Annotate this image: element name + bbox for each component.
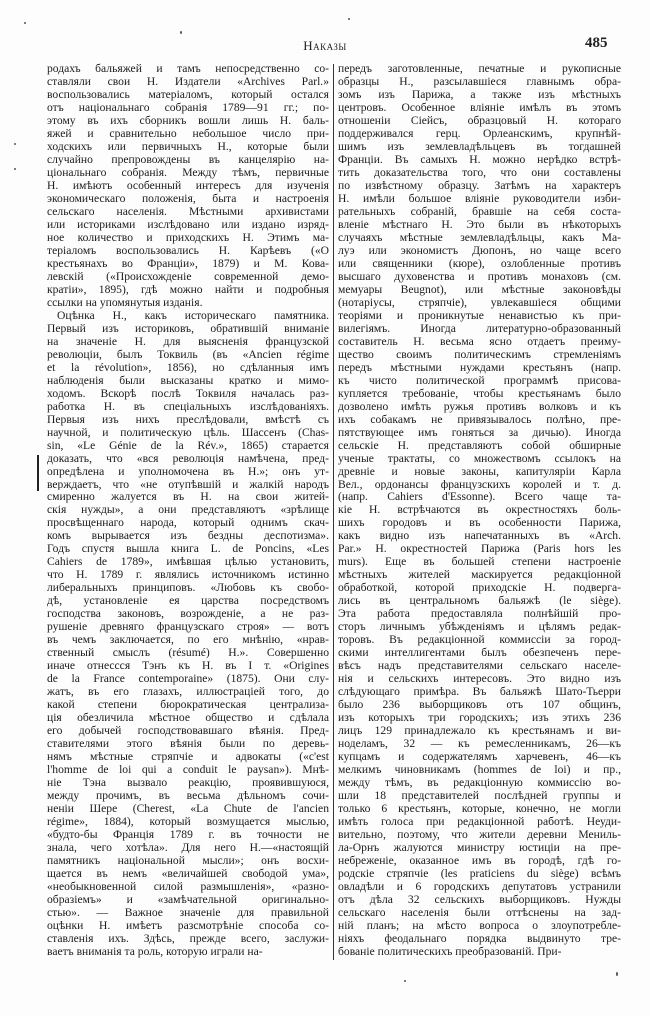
text-line: памятникъ національной мысли»; онъ восхи… (47, 854, 329, 867)
text-line: опредѣлена и уполномочена въ Н.»; онъ ут… (47, 465, 329, 478)
text-line: или священники (кюре), озлобленные проти… (338, 257, 621, 270)
paper-speck (404, 980, 406, 982)
text-line: революціи, былъ Токвиль (въ «Ancien régi… (47, 348, 329, 361)
text-line: щество своимъ политическимъ стремленіямъ (338, 348, 621, 361)
text-line: лись въ центральномъ бальяжѣ (le siège). (338, 594, 621, 607)
text-line: сельскаго населенія были оттѣснены на за… (338, 906, 621, 919)
text-line: образцы Н., разсылавшіеся главнымъ обра- (338, 75, 621, 88)
text-line: купляется требованіе, чтобы крестьянамъ … (338, 387, 621, 400)
text-line: теріаломъ воспользовались Н. Карѣевъ («О (47, 244, 329, 257)
text-line: луэ или экономистъ Дюпонъ, но чаще всего (338, 244, 621, 257)
text-line: передъ мѣстными нуждами крестьянъ (напр. (338, 361, 621, 374)
text-line: просвѣщеннаго народа, который однимъ ска… (47, 516, 329, 529)
text-line: или историками изслѣдовано или издано из… (47, 218, 329, 231)
text-line: ставителями этого вѣянія были по деревь- (47, 737, 329, 750)
text-line: образіемъ» и «замѣчательной оригинально- (47, 893, 329, 906)
text-line: кіе Н. встрѣчаются въ окрестностяхъ боль… (338, 503, 621, 516)
text-line: нія и сельскихъ интересовъ. Это видно из… (338, 672, 621, 685)
text-line: къ чисто политической программѣ присова- (338, 374, 621, 387)
text-line: сельскаго населенія. Мѣстными архивистам… (47, 205, 329, 218)
text-line: обработкой, которой приходскіе Н. подвер… (338, 581, 621, 594)
text-line: скія нужды», а они представляютъ «зрѣлищ… (47, 503, 329, 516)
text-line: ноделамъ, 32 — къ ремесленникамъ, 26—къ (338, 737, 621, 750)
text-line: оцѣнки Н. имѣетъ разсмотрѣніе способа со… (47, 919, 329, 932)
text-line: яжей и сравнительно небольшое число при- (47, 127, 329, 140)
text-line: ставляли свои Н. Издатели «Archives Parl… (47, 75, 329, 88)
text-line: зомъ изъ Парижа, а также изъ мѣстныхъ (338, 88, 621, 101)
right-text-column: передъ заготовленные, печатные и рукопис… (338, 62, 621, 958)
text-line: между прочимъ, въ весьма дѣльномъ сочи- (47, 789, 329, 802)
text-line: ственный смыслъ (résumé) Н.». Совершенно (47, 646, 329, 659)
text-line: на значеніе Н. для выясненія французской (47, 335, 329, 348)
text-line: древніе и новые законы, капитуляріи Карл… (338, 465, 621, 478)
text-line: sin, «Le Génie de la Rév.», 1865) старае… (47, 439, 329, 452)
text-line: составитель Н. весьма ясно отдаетъ преим… (338, 335, 621, 348)
text-line: комъ вырывается изъ бездны деспотизма». (47, 529, 329, 542)
text-line: Н. имѣли большое вліяніе руководители из… (338, 192, 621, 205)
text-line: отношеніи Сіейсъ, образцовый Н. котораго (338, 114, 621, 127)
text-line: ученые трактаты, со множествомъ ссылокъ … (338, 452, 621, 465)
text-line: ихъ собакамъ не привязывалось полѣно, пр… (338, 413, 621, 426)
text-line: Вел., ордонансы французскихъ королей и т… (338, 478, 621, 491)
text-line: стью». — Важное значеніе для правильной (47, 906, 329, 919)
text-line: вительно, поэтому, что жители деревни Ме… (338, 828, 621, 841)
text-line: нямъ мѣстные стряпчіе и адвокаты («c'est (47, 750, 329, 763)
text-line: родскіе стряпчіе (les praticiens du sièg… (338, 867, 621, 880)
paper-speck (348, 18, 350, 20)
text-line: ставленія ихъ. Здѣсь, прежде всего, засл… (47, 932, 329, 945)
text-line: только 6 крестьянъ, которые, конечно, не… (338, 802, 621, 815)
text-line: шимъ изъ землевладѣльцевъ въ тогдашней (338, 140, 621, 153)
text-line: murs). Еще въ большей степени настроеніе (338, 555, 621, 568)
left-text-column: родахъ бальяжей и тамъ непосредственно с… (47, 62, 329, 958)
text-line: мѣстныхъ жителей маскируется редакціонно… (338, 568, 621, 581)
text-line: либеральныхъ принциповъ. «Любовь къ своб… (47, 581, 329, 594)
text-line: между тѣмъ, въ редакціонную коммиссію во… (338, 776, 621, 789)
text-line: et la révolution», 1856), но сдѣланныя и… (47, 361, 329, 374)
text-line: скими интеллигентами былъ обезпеченъ пер… (338, 646, 621, 659)
text-line: отъ дѣла 32 сельскихъ выборщиковъ. Нужды (338, 893, 621, 906)
text-line: имѣть голоса при редакціонной работѣ. Не… (338, 815, 621, 828)
text-line: какой степени бюрократическая централиза… (47, 698, 329, 711)
text-line: пятствующее имъ гоняться за дичью). Иног… (338, 426, 621, 439)
text-line: de la France contemporaine» (1875). Они … (47, 672, 329, 685)
text-line: Н. имѣютъ особенный интересъ для изучені… (47, 179, 329, 192)
text-line: жатъ, въ его глазахъ, иллюстраціей того,… (47, 685, 329, 698)
text-line: сторъ личнымъ убѣжденіямъ и цѣлямъ редак… (338, 620, 621, 633)
text-line: наблюденія были высказаны кратко и мимо- (47, 374, 329, 387)
text-line: ніе Тэна вызвало реакцію, проявившуюся, (47, 776, 329, 789)
text-line: работка Н. въ спеціальныхъ изслѣдованіях… (47, 400, 329, 413)
text-line: было 236 выборщиковъ отъ 107 общинъ, (338, 698, 621, 711)
text-line: Годъ спустя вышла книга L. de Poncins, «… (47, 542, 329, 555)
text-line: «будто-бы Франція 1789 г. въ точности не (47, 828, 329, 841)
text-line: вленіе мѣстнаго Н. Это были въ нѣкоторых… (338, 218, 621, 231)
text-line: лицъ 129 принадлежало къ крестьянамъ и в… (338, 724, 621, 737)
text-line: родахъ бальяжей и тамъ непосредственно с… (47, 62, 329, 75)
text-line: Оцѣнка Н., какъ историческаго памятника. (47, 309, 329, 322)
text-line: воспользовались матеріаломъ, который ост… (47, 88, 329, 101)
text-line: отъ національнаго собранія 1789—91 гг.; … (47, 101, 329, 114)
text-line: крестьянахъ во Франціи», 1879) и М. Кова… (47, 257, 329, 270)
text-line: передъ заготовленные, печатные и рукопис… (338, 62, 621, 75)
text-line: экономическаго положенія, быта и настрое… (47, 192, 329, 205)
text-line: Par.» Н. окрестностей Парижа (Paris hors… (338, 542, 621, 555)
text-line: этому въ ихъ сборникъ вошли лишь Н. баль… (47, 114, 329, 127)
text-line: ное количество и приходскихъ Н. Этимъ ма… (47, 231, 329, 244)
paper-speck (14, 168, 16, 170)
text-line: неніи Шере (Cherest, «La Chute de l'anci… (47, 802, 329, 815)
text-line: овладѣли и 6 городскихъ депутатовъ устра… (338, 880, 621, 893)
text-line: кратіи», 1895), гдѣ можно найти и подроб… (47, 283, 329, 296)
text-line: его добычей господствовавшаго вѣянія. Пр… (47, 724, 329, 737)
text-line: изъ которыхъ три городскихъ; изъ этихъ 2… (338, 711, 621, 724)
text-line: научной, и политическую цѣль. Шассенъ (C… (47, 426, 329, 439)
text-line: слѣдующаго примѣра. Въ бальяжѣ Шато-Тьер… (338, 685, 621, 698)
text-line: теоріями и проникнутые ненавистью къ при… (338, 309, 621, 322)
text-line: въ чемъ заключается, по его мнѣнію, «нра… (47, 633, 329, 646)
column-divider (333, 64, 334, 960)
text-line: тить доказательства того, что они состав… (338, 166, 621, 179)
text-line: Первыя изъ нихъ преслѣдовали, вмѣстѣ съ (47, 413, 329, 426)
text-line: господства законовъ, возрожденіе, а не р… (47, 607, 329, 620)
paper-speck (14, 143, 16, 145)
text-line: случаяхъ мѣстные землевладѣльцы, какъ Ма… (338, 231, 621, 244)
text-line: ходскихъ или первичныхъ Н., которые были (47, 140, 329, 153)
text-line: купцамъ и содержателямъ харчевенъ, 46—къ (338, 750, 621, 763)
text-line: иначе отнессся Тэнъ къ Н. въ I т. «Origi… (47, 659, 329, 672)
text-line: мемуары Beugnot), или мѣстные законовѣды (338, 283, 621, 296)
text-line: ціональнаго собранія. Между тѣмъ, первич… (47, 166, 329, 179)
text-line: Эта работа предоставляла полнѣйшій про- (338, 607, 621, 620)
text-line: ла-Орнъ жалуются министру юстиціи на пре… (338, 841, 621, 854)
text-line: Франціи. Въ самыхъ Н. можно нерѣдко встр… (338, 153, 621, 166)
text-line: небреженіе, оказанное имъ въ городѣ, гдѣ… (338, 854, 621, 867)
text-line: ссылки на упомянутыя изданія. (47, 296, 329, 309)
text-line: l'homme de loi qui a conduit le paysan»)… (47, 763, 329, 776)
text-line: сельскіе Н. представляютъ собой обширные (338, 439, 621, 452)
text-line: поддерживался герц. Орлеанскимъ, крупнѣй… (338, 127, 621, 140)
text-line: (нотаріусы, стряпчіе), увлекавшіеся общи… (338, 296, 621, 309)
text-line: ходомъ. Вскорѣ послѣ Токвиля началась ра… (47, 387, 329, 400)
text-line: случайно препровождены въ канцелярію на- (47, 153, 329, 166)
text-line: центровъ. Особенное вліяніе имѣлъ въ это… (338, 101, 621, 114)
text-line: торовъ. Въ редакціонной коммиссіи за гор… (338, 633, 621, 646)
margin-pencil-mark (37, 455, 39, 491)
text-line: ваетъ вниманія та роль, которую играли н… (47, 945, 329, 958)
text-line: дозволено имѣть ружья противъ волковъ и … (338, 400, 621, 413)
text-line: доказать, что «вся революція намѣчена, п… (47, 452, 329, 465)
text-line: шихъ городовъ и въ особенности Парижа, (338, 516, 621, 529)
text-line: дѣ, установленіе ея царства посредствомъ (47, 594, 329, 607)
text-line: рушеніе древняго французскаго строя» — в… (47, 620, 329, 633)
text-line: ніяхъ феодальнаго порядка выдвинуто тре- (338, 932, 621, 945)
text-line: какъ видно изъ напечатанныхъ въ «Arch. (338, 529, 621, 542)
text-line: знала, чего хотѣла». Для него Н.—«настоя… (47, 841, 329, 854)
text-line: вѣсъ надъ представителями сельскаго насе… (338, 659, 621, 672)
text-line: ція обезличила мѣстное общество и сдѣлал… (47, 711, 329, 724)
text-line: шли 18 представителей послѣдней группы и (338, 789, 621, 802)
text-line: (напр. Cahiers d'Essonne). Всего чаще та… (338, 490, 621, 503)
text-line: верждаетъ, что «не отупѣвшій и жалкій на… (47, 478, 329, 491)
text-line: по извѣстному образцу. Затѣмъ на характе… (338, 179, 621, 192)
page-number: 485 (585, 35, 608, 52)
text-line: щается въ немъ «величайшей свободой ума»… (47, 867, 329, 880)
text-line: что Н. 1789 г. являлись источникомъ исти… (47, 568, 329, 581)
document-page: Наказы 485 родахъ бальяжей и тамъ непоср… (0, 0, 650, 1016)
text-line: мелкимъ чиновникамъ (hommes de loi) и пр… (338, 763, 621, 776)
text-line: régime», 1884), который возмущается мысл… (47, 815, 329, 828)
running-header-title: Наказы (0, 38, 650, 54)
paper-speck (180, 31, 182, 34)
text-line: ній планъ; на мѣсто вопроса о злоупотреб… (338, 919, 621, 932)
text-line: бованіе политическихъ преобразованій. Пр… (338, 945, 621, 958)
text-line: «необыкновенной силой размышленія», «раз… (47, 880, 329, 893)
text-line: Cahiers de 1789», имѣвшая цѣлью установи… (47, 555, 329, 568)
text-line: левскій («Происхожденіе современной демо… (47, 270, 329, 283)
paper-speck (616, 972, 618, 976)
text-line: высшаго духовенства и противъ монаховъ (… (338, 270, 621, 283)
text-line: Первый изъ историковъ, обратившій вниман… (47, 322, 329, 335)
text-line: смиренно жалуется въ Н. на свои житей- (47, 490, 329, 503)
text-line: рательныхъ собраній, бравшіе на себя сос… (338, 205, 621, 218)
text-line: вилегіямъ. Иногда литературно-образованн… (338, 322, 621, 335)
paper-speck (24, 22, 26, 24)
